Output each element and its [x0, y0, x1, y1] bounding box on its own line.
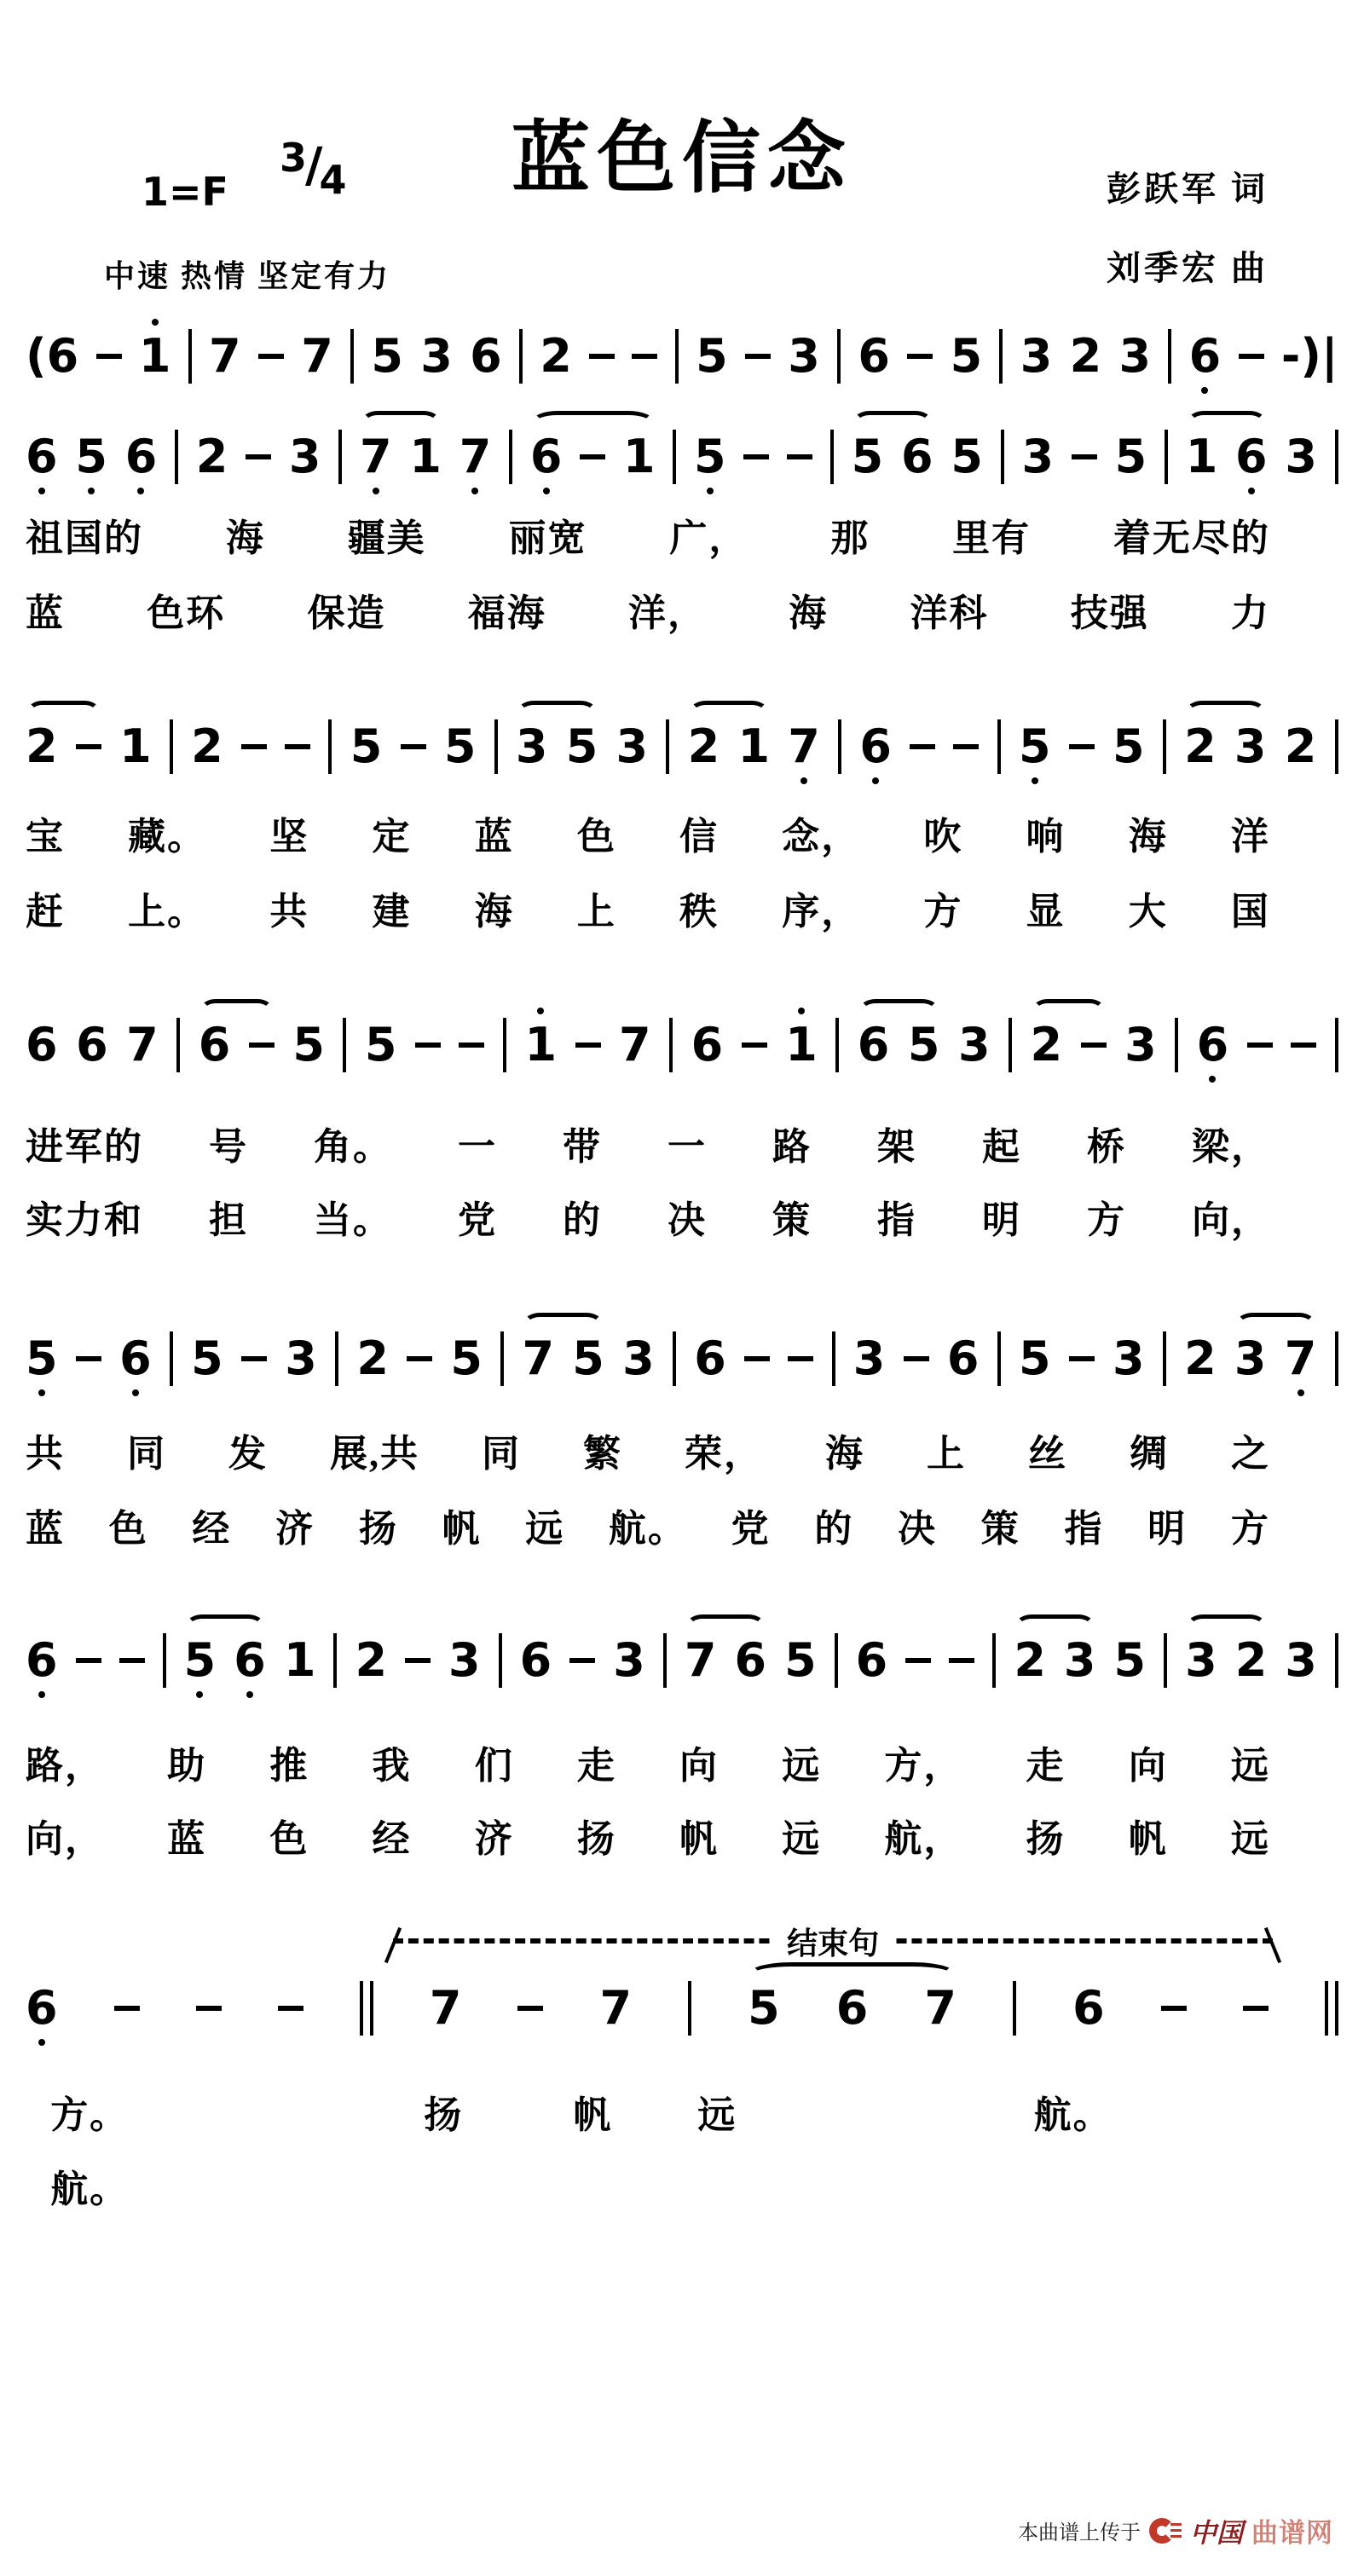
lyric-syllable: 向 [679, 1746, 719, 1787]
lyric-syllable: 共 [269, 892, 309, 933]
lyric-syllable: 当。 [314, 1200, 392, 1241]
note: 5 [696, 333, 728, 379]
note: 2 [1184, 724, 1217, 770]
barline [838, 719, 841, 774]
note: 6 [520, 1637, 552, 1684]
note: 5 [292, 1022, 325, 1068]
barline [669, 1018, 673, 1072]
slur-arc [523, 1313, 603, 1335]
octave-dot-low [88, 488, 95, 494]
note: 3 [1020, 333, 1053, 379]
note: 6 [1235, 434, 1268, 480]
note: 6 [947, 1336, 980, 1382]
barline [494, 719, 498, 774]
lyric-syllable: 里有 [952, 518, 1031, 559]
notation-line: 56532575363653237 [26, 1328, 1338, 1389]
key-signature: 1=F [142, 169, 228, 215]
barline [1164, 1633, 1167, 1688]
lyric-syllable: 色环 [147, 593, 225, 634]
lyric-syllable: 色 [577, 817, 616, 858]
note: 2 [26, 724, 58, 770]
lyric-line: 向，蓝色经济扬帆远航，扬帆远 [26, 1819, 1338, 1868]
note: 2 [1014, 1637, 1046, 1684]
site-logo-icon [1149, 2515, 1182, 2546]
lyric-line: 方。扬帆远航。 [26, 2095, 1270, 2145]
note: 5 [748, 1985, 780, 2031]
note: 5 [951, 333, 983, 379]
lyric-syllable: 方， [884, 1746, 962, 1787]
slur-arc [859, 999, 939, 1021]
lyric-syllable: 展,共 [330, 1434, 419, 1475]
octave-dot-low [471, 488, 478, 494]
lyric-syllable: 吹 [923, 817, 962, 858]
lyric-syllable: 丝 [1028, 1434, 1067, 1475]
lyric-syllable: 走 [577, 1746, 616, 1787]
note: 7 [522, 1336, 554, 1382]
note: 2 [355, 1637, 387, 1684]
duration-dash [1069, 1356, 1095, 1361]
octave-dot-low [38, 2039, 45, 2046]
barline [350, 329, 354, 384]
slur-arc [690, 701, 768, 723]
lyric-syllable: 的 [814, 1509, 853, 1550]
lyric-syllable: 洋科 [910, 593, 989, 634]
note: 3 [420, 333, 453, 379]
lyric-syllable: 上。 [128, 892, 206, 933]
lyric-syllable: 福海 [468, 593, 546, 634]
lyric-syllable: 繁 [583, 1434, 622, 1475]
note: 1 [119, 724, 152, 770]
duration-dash [743, 454, 769, 459]
barline [832, 1331, 835, 1386]
lyric-syllable: 经 [373, 1819, 412, 1860]
note: 6 [119, 1336, 152, 1382]
barline [335, 1331, 338, 1386]
note: 3 [448, 1637, 481, 1684]
duration-dash [953, 744, 979, 749]
note: 3 [958, 1022, 991, 1068]
note: 2 [688, 724, 720, 770]
notation-line: (6177536253653236-)| [26, 326, 1338, 387]
barline [338, 430, 342, 484]
barline [673, 1331, 676, 1386]
note: 5 [1115, 434, 1147, 480]
octave-dot-low [1209, 1076, 1216, 1083]
barline [519, 329, 523, 384]
lyric-syllable: 航， [884, 1819, 962, 1860]
note: 5 [350, 724, 383, 770]
note: 2 [191, 724, 223, 770]
note: 5 [1114, 1637, 1147, 1684]
time-signature: 34 [280, 128, 351, 183]
duration-dash [76, 1658, 101, 1663]
note: 6 [76, 1022, 108, 1068]
lyric-syllable: 丽宽 [509, 518, 587, 559]
barline [837, 329, 841, 384]
duration-dash [907, 354, 933, 359]
lyric-syllable: 帆 [1129, 1819, 1168, 1860]
note: 5 [184, 1637, 217, 1684]
lyric-syllable: 梁， [1192, 1127, 1270, 1168]
note: 6 [26, 434, 58, 480]
lyric-syllable: 方 [1231, 1509, 1270, 1550]
note: 6 [836, 1985, 869, 2031]
ending-label: 结束句 [773, 1920, 893, 1963]
lyric-syllable: 海 [789, 593, 828, 634]
slur-arc [1015, 1614, 1095, 1637]
ending-dashed-line: 结束句 [393, 1938, 1273, 1944]
note: 2 [196, 434, 228, 480]
octave-dot-low [246, 1691, 253, 1698]
lyric-line: 赶上。共建海上秩序，方显大国 [26, 892, 1338, 941]
slur-arc [186, 1614, 264, 1637]
octave-dot-low [373, 488, 379, 494]
lyric-syllable: 远 [1231, 1819, 1270, 1860]
octave-dot-low [543, 488, 550, 494]
lyric-syllable: 国 [1231, 892, 1270, 933]
note: 6 [1072, 1985, 1105, 2031]
octave-dot-low [132, 1389, 139, 1396]
slur-arc [686, 1614, 765, 1637]
lyric-syllable: 蓝 [475, 817, 514, 858]
slur-arc [1188, 411, 1266, 433]
note: 6 [856, 1637, 888, 1684]
note: 3 [1234, 1336, 1267, 1382]
duration-dash [575, 1043, 601, 1048]
barline [503, 1018, 506, 1072]
lyric-syllable: 策 [772, 1200, 812, 1241]
slur-arc [853, 411, 932, 433]
barline [1009, 1018, 1012, 1072]
note: 6 [1197, 1022, 1229, 1068]
lyric-syllable: 扬 [577, 1819, 616, 1860]
lyric-syllable: 航。 [50, 2169, 129, 2210]
lyric-syllable: 方 [1087, 1200, 1126, 1241]
barline [1335, 1018, 1338, 1072]
lyric-line: 航。 [26, 2169, 1270, 2219]
lyric-syllable: 疆美 [348, 518, 426, 559]
note: 6 [234, 1637, 266, 1684]
duration-dash [787, 454, 812, 459]
note: 5 [365, 1022, 397, 1068]
octave-dot-low [1032, 777, 1038, 784]
octave-dot-low [38, 488, 45, 494]
barline [835, 1018, 839, 1072]
lyric-syllable: 力 [1231, 593, 1270, 634]
note: 7 [788, 724, 820, 770]
lyric-syllable: 党 [731, 1509, 771, 1550]
lyric-syllable: 带 [563, 1127, 602, 1168]
note: 3 [1285, 1637, 1317, 1684]
slur-arc [361, 411, 440, 433]
barline [1335, 1633, 1338, 1688]
note: 3 [1185, 1637, 1217, 1684]
note: 6 [859, 724, 892, 770]
duration-dash [258, 354, 284, 359]
octave-dot-low [800, 777, 807, 784]
duration-dash [744, 1356, 770, 1361]
barline [1335, 430, 1338, 484]
note: 5 [1019, 724, 1051, 770]
barline [1165, 430, 1168, 484]
notation-line: 21255353217655232 [26, 716, 1338, 777]
note: 5 [1019, 1336, 1051, 1382]
barline [509, 430, 512, 484]
watermark-prefix: 本曲谱上传于 [1018, 2515, 1141, 2545]
lyric-syllable: 洋 [1231, 817, 1270, 858]
octave-dot-high [152, 319, 159, 326]
barline [328, 719, 332, 774]
duration-dash [569, 1658, 595, 1663]
lyric-syllable: 保造 [308, 593, 386, 634]
lyric-syllable: 帆 [442, 1509, 482, 1550]
barline [175, 430, 178, 484]
note: 6 [858, 333, 890, 379]
lyric-syllable: 同 [127, 1434, 166, 1475]
lyric-syllable: 远 [782, 1746, 821, 1787]
slur-arc [1186, 701, 1265, 723]
lyric-line: 宝藏。坚定蓝色信念，吹响海洋 [26, 817, 1338, 866]
note: 6 [26, 1985, 58, 2031]
lyric-syllable: 藏。 [128, 817, 206, 858]
note: 5 [784, 1637, 817, 1684]
note: 5 [26, 1336, 58, 1382]
lyric-syllable: 我 [373, 1746, 412, 1787]
note: 5 [572, 1336, 604, 1382]
lyric-syllable: 向， [26, 1819, 104, 1860]
lyric-syllable: 方 [923, 892, 962, 933]
lyric-syllable: 指 [877, 1200, 916, 1241]
lyric-syllable: 号 [209, 1127, 248, 1168]
duration-dash [119, 1658, 145, 1663]
note: 3 [289, 434, 321, 480]
note: 5 [1113, 724, 1145, 770]
note: 5 [75, 434, 107, 480]
slur-arc [532, 411, 654, 433]
barline [170, 719, 173, 774]
lyric-syllable: 响 [1026, 817, 1066, 858]
barline [1013, 1981, 1016, 2036]
duration-dash [1291, 1043, 1316, 1048]
note: 6 [694, 1336, 726, 1382]
octave-dot-high [537, 1008, 544, 1014]
lyric-syllable: 远 [697, 2095, 737, 2136]
note: 6 [901, 434, 933, 480]
lyric-syllable: 扬 [1026, 1819, 1066, 1860]
lyric-line: 祖国的海疆美丽宽广，那里有着无尽的 [26, 518, 1338, 568]
notation-line: 6676551761653236 [26, 1014, 1338, 1076]
lyric-syllable: 济 [275, 1509, 315, 1550]
slur-arc [200, 999, 273, 1021]
duration-dash [742, 1043, 767, 1048]
lyric-syllable: 序， [782, 892, 860, 933]
lyric-syllable: 的 [563, 1200, 602, 1241]
duration-dash [285, 744, 310, 749]
barline [176, 1018, 180, 1072]
barline [163, 1633, 166, 1688]
duration-dash [241, 1356, 267, 1361]
lyric-syllable: 蓝 [26, 1509, 65, 1550]
lyric-syllable: 共 [26, 1434, 65, 1475]
lyric-syllable: 明 [1147, 1509, 1187, 1550]
site-watermark: 本曲谱上传于 中国 曲谱网 [1018, 2511, 1333, 2550]
duration-dash [196, 2006, 222, 2011]
note: 7 [1285, 1336, 1317, 1382]
lyric-line: 路，助推我们走向远方，走向远 [26, 1746, 1338, 1795]
duration-dash [1069, 744, 1095, 749]
lyric-syllable: 显 [1026, 892, 1066, 933]
lyric-line: 进军的号角。一带一路架起桥梁， [26, 1127, 1338, 1176]
duration-dash [632, 354, 657, 359]
lyric-syllable: 广， [669, 518, 748, 559]
barline [1335, 1331, 1338, 1386]
note: 7 [209, 333, 241, 379]
lyric-syllable: 建 [373, 892, 412, 933]
lyric-syllable: 海 [226, 518, 265, 559]
lyric-syllable: 们 [475, 1746, 514, 1787]
duration-dash [401, 744, 426, 749]
octave-dot-low [38, 1389, 45, 1396]
duration-dash [788, 1356, 813, 1361]
duration-dash [1239, 354, 1264, 359]
note: 5 [450, 1336, 483, 1382]
lyric-syllable: 那 [830, 518, 870, 559]
lyric-syllable: 荣， [685, 1434, 763, 1475]
lyric-syllable: 走 [1026, 1746, 1066, 1787]
duration-dash [1243, 2006, 1269, 2011]
barline [992, 1633, 996, 1688]
lyric-syllable: 扬 [424, 2095, 463, 2136]
note: 7 [459, 434, 492, 480]
ending-phrase-bracket: 结束句 [26, 1909, 1338, 1961]
note: 6 [199, 1022, 231, 1068]
bracket-tick-left [384, 1927, 402, 1963]
sheet-music-page: 蓝色信念 1=F 34 彭跃军 词 刘季宏 曲 中速 热情 坚定有力 本曲谱上传… [0, 0, 1364, 2576]
double-barline [360, 1981, 373, 2036]
note: 1 [139, 333, 171, 379]
duration-dash [114, 2006, 140, 2011]
slur-arc [749, 1962, 955, 1984]
lyric-syllable: 念， [782, 817, 860, 858]
lyric-line: 实力和担当。党的决策指明方向， [26, 1200, 1338, 1250]
barline [997, 1331, 1001, 1386]
note: 3 [853, 1336, 886, 1382]
lyric-syllable: 信 [679, 817, 719, 858]
octave-dot-low [1248, 488, 1255, 494]
note: 3 [1124, 1022, 1157, 1068]
note: 6 [691, 1022, 724, 1068]
note: 3 [1119, 333, 1152, 379]
duration-dash [905, 1658, 931, 1663]
note: 3 [516, 724, 548, 770]
note: -)| [1281, 333, 1338, 379]
barline [499, 1633, 502, 1688]
lyric-line: 共同发展,共同繁荣，海上丝绸之 [26, 1434, 1338, 1483]
note: 3 [613, 1637, 645, 1684]
lyric-syllable: 上 [577, 892, 616, 933]
lyric-syllable: 蓝 [26, 593, 65, 634]
duration-dash [1161, 2006, 1187, 2011]
duration-dash [249, 1043, 275, 1048]
lyricist-credit: 彭跃军 词 [1107, 162, 1269, 211]
note: 3 [1021, 434, 1054, 480]
note: 2 [1285, 724, 1317, 770]
lyric-syllable: 海 [475, 892, 514, 933]
notation-line: 656123637656235323 [26, 1630, 1338, 1691]
note: 1 [524, 1022, 557, 1068]
lyric-syllable: 蓝 [167, 1819, 206, 1860]
barline [688, 1981, 691, 2036]
note: 6 [858, 1022, 890, 1068]
note: 3 [788, 333, 820, 379]
barline [999, 329, 1003, 384]
note: 2 [1235, 1637, 1268, 1684]
note: 1 [1186, 434, 1218, 480]
lyric-syllable: 航。 [1034, 2095, 1113, 2136]
note: 2 [540, 333, 572, 379]
tempo-expression: 中速 热情 坚定有力 [104, 252, 390, 296]
lyric-syllable: 指 [1064, 1509, 1103, 1550]
duration-dash [589, 354, 615, 359]
lyric-syllable: 向 [1129, 1746, 1168, 1787]
note: 1 [409, 434, 442, 480]
lyric-syllable: 海 [825, 1434, 864, 1475]
barline [1163, 1331, 1166, 1386]
notation-line: 6775676 [26, 1978, 1338, 2039]
barline [170, 1331, 173, 1386]
duration-dash [904, 1356, 929, 1361]
lyric-syllable: 架 [877, 1127, 916, 1168]
lyric-syllable: 路 [772, 1127, 812, 1168]
duration-dash [415, 1043, 441, 1048]
duration-dash [459, 1043, 484, 1048]
duration-dash [76, 744, 101, 749]
barline [675, 329, 679, 384]
composer-credit: 刘季宏 曲 [1107, 241, 1269, 290]
lyric-syllable: 一 [668, 1127, 707, 1168]
note: 1 [737, 724, 770, 770]
duration-dash [96, 354, 122, 359]
lyric-syllable: 路， [26, 1746, 104, 1787]
lyric-syllable: 色 [109, 1509, 148, 1550]
note: 3 [1234, 724, 1267, 770]
note: 6 [26, 1022, 58, 1068]
lyric-syllable: 远 [525, 1509, 564, 1550]
lyric-syllable: 向， [1192, 1200, 1270, 1241]
barline [1168, 329, 1171, 384]
barline [673, 430, 676, 484]
note: 6 [470, 333, 502, 379]
note: 2 [356, 1336, 389, 1382]
octave-dot-high [798, 1008, 805, 1014]
notation-line: 6562371761556535163 [26, 426, 1338, 488]
octave-dot-low [872, 777, 879, 784]
note: 7 [301, 333, 333, 379]
note: 5 [191, 1336, 223, 1382]
note: 5 [908, 1022, 940, 1068]
lyric-syllable: 经 [192, 1509, 231, 1550]
lyric-syllable: 着无尽的 [1113, 518, 1270, 559]
time-signature-numerator: 3 [280, 135, 307, 181]
lyric-syllable: 进军的 [26, 1127, 143, 1168]
lyric-syllable: 同 [482, 1434, 521, 1475]
duration-dash [278, 2006, 303, 2011]
lyric-line: 蓝色环保造福海洋，海洋科技强力 [26, 593, 1338, 643]
lyric-syllable: 起 [982, 1127, 1021, 1168]
lyric-syllable: 远 [782, 1819, 821, 1860]
duration-dash [76, 1356, 101, 1361]
watermark-brand-strong: 中国 [1190, 2511, 1243, 2550]
